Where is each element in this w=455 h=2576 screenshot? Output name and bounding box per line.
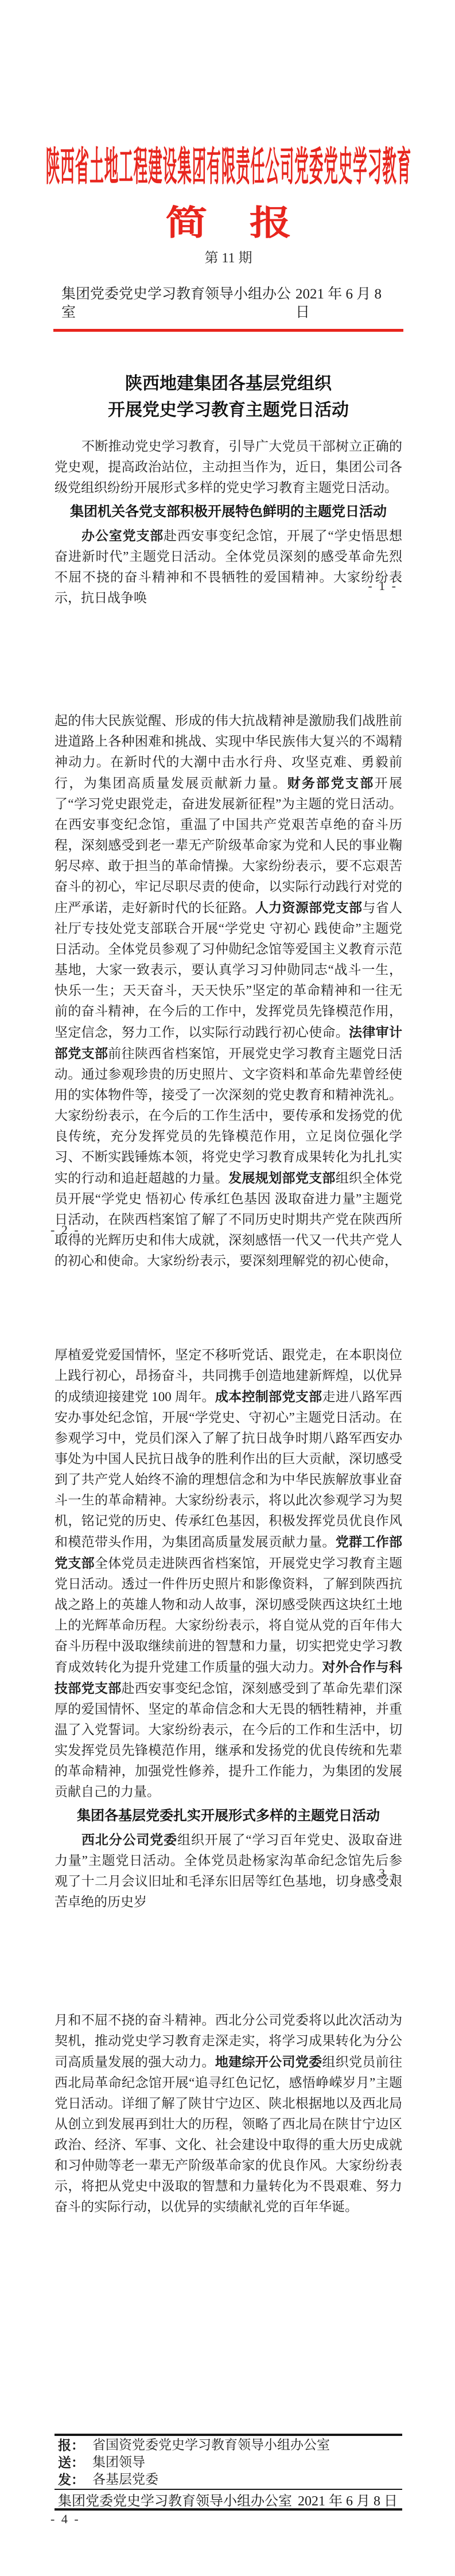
page-3-body: 厚植爱党爱国情怀，坚定不移听党话、跟党走，在本职岗位上践行初心，昂扬奋斗，共同携…: [55, 1337, 402, 1912]
paragraph-text: 全体党员走进陕西省档案馆，开展党史学习教育主题党日活动。透过一件件历史照片和影像…: [55, 1556, 402, 1674]
branch-name-bold: 成本控制部党支部: [215, 1389, 322, 1404]
distribution-row-issue: 发： 各基层党委: [58, 2471, 402, 2488]
issue-date: 2021 年 6 月 8 日: [295, 285, 395, 322]
branch-name-bold: 发展规划部党支部: [228, 1170, 336, 1185]
paragraph-text: 开展了“学习党史跟党走，奋进发展新征程”为主题的党日活动。在西安事变纪念馆，重温…: [55, 776, 402, 915]
section-heading: 集团各基层党委扎实开展形式多样的主题党日活动: [55, 1804, 402, 1828]
page-2: 起的伟大民族觉醒、形成的伟大抗战精神是激励我们战胜前进道路上各种困难和挑战、实现…: [0, 707, 455, 1337]
distribution-row-report: 报： 省国资党委党史学习教育领导小组办公室: [58, 2437, 402, 2454]
issue-to-value: 各基层党委: [92, 2471, 158, 2488]
paragraph-text: 组织党员前往西北局革命纪念馆开展“追寻红色记忆，感悟峥嵘岁月”主题党日活动。详细…: [55, 2055, 402, 2214]
page-4-body: 月和不屈不挠的奋斗精神。西北分公司党委将以此次活动为契机，推动党史学习教育走深走…: [55, 1995, 402, 2217]
paragraph-text: 不断推动党史学习教育，引导广大党员干部树立正确的党史观，提高政治站位，主动担当作…: [55, 439, 402, 495]
page-1-body: 不断推动党史学习教育，引导广大党员干部树立正确的党史观，提高政治站位，主动担当作…: [55, 436, 402, 608]
masthead-title: 简 报: [165, 196, 291, 245]
branch-name-bold: 人力资源部党支部: [255, 900, 363, 915]
page-number-2: - 2 -: [50, 1223, 80, 1237]
paragraph-text: 与省人社厅专技处党支部联合开展“学党史 守初心 践使命”主题党日活动。全体党员参…: [55, 901, 402, 1039]
distribution-rows: 报： 省国资党委党史学习教育领导小组办公室 送： 集团领导 发： 各基层党委: [55, 2436, 402, 2489]
body-paragraph: 不断推动党史学习教育，引导广大党员干部树立正确的党史观，提高政治站位，主动担当作…: [55, 436, 402, 498]
page-3: 厚植爱党爱国情怀，坚定不移听党话、跟党走，在本职岗位上践行初心，昂扬奋斗，共同携…: [0, 1337, 455, 1995]
branch-name-bold: 西北分公司党委: [81, 1832, 177, 1847]
masthead-org-line: 陕西省土地工程建设集团有限责任公司党委党史学习教育: [45, 133, 411, 192]
bulletin-document: 陕西省土地工程建设集团有限责任公司党委党史学习教育 简 报 第 11 期 集团党…: [0, 0, 455, 2576]
red-divider: [53, 329, 403, 332]
imprint-row: 集团党委党史学习教育领导小组办公室 2021 年 6 月 8 日: [55, 2489, 402, 2511]
branch-name-bold: 办公室党支部: [81, 528, 164, 543]
article-title-line-2: 开展党史学习教育主题党日活动: [55, 397, 402, 424]
issue-to-label: 发：: [58, 2471, 84, 2488]
masthead: 陕西省土地工程建设集团有限责任公司党委党史学习教育 简 报 第 11 期 集团党…: [55, 139, 402, 332]
masthead-brief-row: 简 报: [55, 198, 402, 243]
masthead-org-row: 陕西省土地工程建设集团有限责任公司党委党史学习教育: [43, 139, 414, 185]
article-title: 陕西地建集团各基层党组织 开展党史学习教育主题党日活动: [55, 371, 402, 424]
distribution-row-send: 送： 集团领导: [58, 2454, 402, 2471]
article-title-line-1: 陕西地建集团各基层党组织: [55, 371, 402, 397]
section-heading: 集团机关各党支部积极开展特色鲜明的主题党日活动: [55, 500, 402, 523]
report-label: 报：: [58, 2437, 84, 2454]
page-2-body: 起的伟大民族觉醒、形成的伟大抗战精神是激励我们战胜前进道路上各种困难和挑战、实现…: [55, 707, 402, 1271]
issue-number: 第 11 期: [55, 250, 402, 267]
paragraph-text: 前往陕西省档案馆，开展党史学习教育主题党日活动。通过参观珍贵的历史照片、文字资料…: [55, 1046, 402, 1185]
paragraph-text: 走进八路军西安办事处纪念馆，开展“学党史、守初心”主题党日活动。在参观学习中，党…: [55, 1390, 402, 1549]
page-4: 月和不屈不挠的奋斗精神。西北分公司党委将以此次活动为契机，推动党史学习教育走深走…: [0, 1995, 455, 2576]
page-number-3: - 3 -: [368, 1866, 398, 1881]
page-1: 陕西省土地工程建设集团有限责任公司党委党史学习教育 简 报 第 11 期 集团党…: [0, 0, 455, 707]
issuing-office: 集团党委党史学习教育领导小组办公室: [61, 285, 295, 322]
page-number-1: - 1 -: [368, 579, 398, 593]
page-number-4: - 4 -: [50, 2512, 80, 2527]
body-paragraph: 西北分公司党委组织开展了“学习百年党史、汲取奋进力量”主题党日活动。全体党员赴杨…: [55, 1829, 402, 1912]
body-paragraph: 起的伟大民族觉醒、形成的伟大抗战精神是激励我们战胜前进道路上各种困难和挑战、实现…: [55, 711, 402, 1271]
branch-name-bold: 地建综开公司党委: [215, 2054, 322, 2069]
imprint-office: 集团党委党史学习教育领导小组办公室: [58, 2489, 292, 2509]
paragraph-text: 组织全体党员开展“学党史 悟初心 传承红色基因 汲取奋进力量”主题党日活动，在陕…: [55, 1171, 402, 1268]
body-paragraph: 月和不屈不挠的奋斗精神。西北分公司党委将以此次活动为契机，推动党史学习教育走深走…: [55, 2010, 402, 2217]
office-date-line: 集团党委党史学习教育领导小组办公室 2021 年 6 月 8 日: [55, 285, 402, 322]
imprint-date: 2021 年 6 月 8 日: [298, 2489, 398, 2509]
body-paragraph: 厚植爱党爱国情怀，坚定不移听党话、跟党走，在本职岗位上践行初心，昂扬奋斗，共同携…: [55, 1345, 402, 1802]
paragraph-text: 赴西安事变纪念馆，深刻感受到了革命先辈们深厚的爱国情怀、坚定的革命信念和大无畏的…: [55, 1681, 402, 1799]
branch-name-bold: 财务部党支部: [287, 775, 375, 790]
send-value: 集团领导: [92, 2454, 145, 2471]
body-paragraph: 办公室党支部赴西安事变纪念馆，开展了“学史悟思想 奋进新时代”主题党日活动。全体…: [55, 525, 402, 608]
report-value: 省国资党委党史学习教育领导小组办公室: [92, 2437, 330, 2454]
send-label: 送：: [58, 2454, 84, 2471]
distribution-footer: 报： 省国资党委党史学习教育领导小组办公室 送： 集团领导 发： 各基层党委 集…: [55, 2434, 402, 2511]
